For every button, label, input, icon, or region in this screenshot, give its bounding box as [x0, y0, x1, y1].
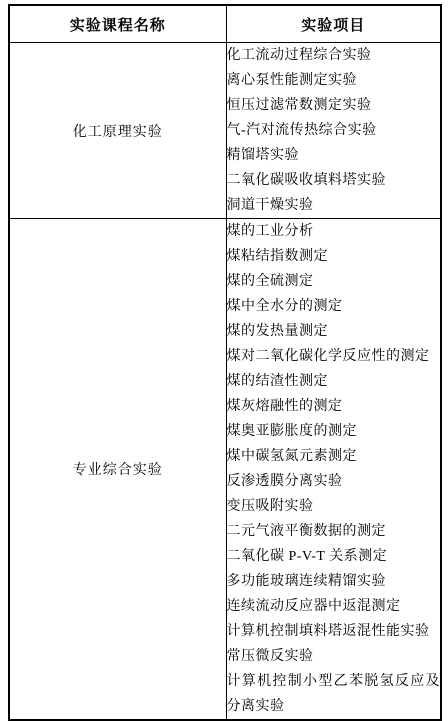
- experiment-item: 化工流动过程综合实验: [227, 43, 441, 68]
- course-name-cell: 化工原理实验: [9, 43, 226, 219]
- document-page: 实验课程名称 实验项目 化工原理实验化工流动过程综合实验离心泵性能测定实验恒压过…: [0, 0, 448, 721]
- experiment-item: 洞道干燥实验: [227, 193, 441, 218]
- experiment-item: 煤灰熔融性的测定: [227, 394, 441, 419]
- experiment-item: 二氧化碳吸收填料塔实验: [227, 168, 441, 193]
- experiment-item: 连续流动反应器中返混测定: [227, 594, 441, 619]
- experiment-item: 煤中碳氢氮元素测定: [227, 444, 441, 469]
- experiment-item: 变压吸附实验: [227, 494, 441, 519]
- course-section-row: 专业综合实验煤的工业分析煤粘结指数测定煤的全硫测定煤中全水分的测定煤的发热量测定…: [9, 219, 441, 721]
- experiment-item: 精馏塔实验: [227, 143, 441, 168]
- course-section-row: 化工原理实验化工流动过程综合实验离心泵性能测定实验恒压过滤常数测定实验气-汽对流…: [9, 43, 441, 219]
- course-name-header: 实验课程名称: [9, 5, 226, 43]
- experiment-item: 离心泵性能测定实验: [227, 68, 441, 93]
- experiment-course-table: 实验课程名称 实验项目 化工原理实验化工流动过程综合实验离心泵性能测定实验恒压过…: [8, 4, 442, 721]
- experiment-item: 多功能玻璃连续精馏实验: [227, 569, 441, 594]
- experiment-item: 恒压过滤常数测定实验: [227, 93, 441, 118]
- experiment-item: 煤的工业分析: [227, 219, 441, 244]
- experiment-item: 反渗透膜分离实验: [227, 469, 441, 494]
- header-row: 实验课程名称 实验项目: [9, 5, 441, 43]
- experiment-item: 二氧化碳 P-V-T 关系测定: [227, 544, 441, 569]
- experiment-item: 计算机控制小型乙苯脱氢反应及分离实验: [227, 669, 441, 719]
- experiment-item: 气-汽对流传热综合实验: [227, 118, 441, 143]
- course-name-cell: 专业综合实验: [9, 219, 226, 721]
- experiment-item: 煤奥亚膨胀度的测定: [227, 419, 441, 444]
- experiment-items-cell: 煤的工业分析煤粘结指数测定煤的全硫测定煤中全水分的测定煤的发热量测定煤对二氧化碳…: [226, 219, 441, 721]
- experiment-items-cell: 化工流动过程综合实验离心泵性能测定实验恒压过滤常数测定实验气-汽对流传热综合实验…: [226, 43, 441, 219]
- experiment-item: 二元气液平衡数据的测定: [227, 519, 441, 544]
- experiment-item: 常压微反实验: [227, 644, 441, 669]
- experiment-item: 煤的发热量测定: [227, 319, 441, 344]
- experiment-item: 煤粘结指数测定: [227, 244, 441, 269]
- experiment-item: 煤对二氧化碳化学反应性的测定: [227, 344, 441, 369]
- experiment-item: 煤中全水分的测定: [227, 294, 441, 319]
- experiment-items-header: 实验项目: [226, 5, 441, 43]
- experiment-item: 煤的全硫测定: [227, 269, 441, 294]
- experiment-item: 煤的结渣性测定: [227, 369, 441, 394]
- experiment-item: 计算机控制填料塔返混性能实验: [227, 619, 441, 644]
